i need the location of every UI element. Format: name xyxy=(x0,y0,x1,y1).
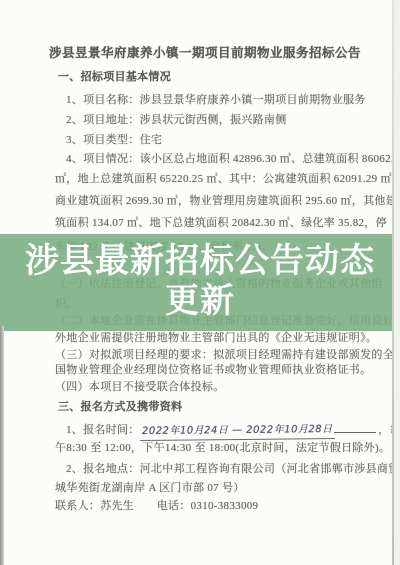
document-title: 涉县昱景华府康养小镇一期项目前期物业服务招标公告 xyxy=(40,46,370,60)
doc-line-project-address: 2、项目地址：涉县状元街西侧，振兴路南侧 xyxy=(66,113,360,127)
signup-time-blank-underline xyxy=(334,422,376,433)
doc-line-qualification-3b: 国物业管理企业经理岗位资格证书或物业管理师执业资格证书。 xyxy=(55,363,360,377)
doc-line-project-type: 3、项目类型：住宅 xyxy=(66,133,360,147)
scanned-tender-document-photo: 涉县昱景华府康养小镇一期项目前期物业服务招标公告 一、招标项目基本情况 1、项目… xyxy=(0,0,400,565)
doc-line-qualification-4: （四）本项目不接受联合体投标。 xyxy=(55,380,360,394)
signup-time-handwritten-dates: 2022年10月24日 — 2022年10月28日 xyxy=(140,423,335,441)
section1-heading: 一、招标项目基本情况 xyxy=(58,70,360,84)
signup-time-continued: 午8:30 至 12:00，下午14:30 至 18:00(北京时间，法定节假日… xyxy=(55,441,360,455)
page-left-edge-shadow xyxy=(0,326,4,565)
doc-line-project-name: 1、项目名称：涉县昱景华府康养小镇一期项目前期物业服务 xyxy=(66,93,360,107)
promo-overlay-banner: 涉县最新招标公告动态 更新 xyxy=(0,234,400,331)
doc-line-qualification-2b: 外地企业需提供注册地物业主管部门出具的《企业无违规证明》。 xyxy=(55,331,360,345)
promo-overlay-text-line1: 涉县最新招标公告动态 xyxy=(25,241,375,281)
signup-location-line-2: 城华苑街龙湖南岸 A 区门市部 07 号） xyxy=(55,481,360,495)
doc-line-project-info-4: 筑面积 134.07 ㎡、地下总建筑面积 20842.30 ㎡、绿化率 35.8… xyxy=(55,216,360,230)
contact-line: 联系人：苏先生 电话：0310-3833009 xyxy=(55,499,360,513)
page-right-edge-line xyxy=(392,0,394,565)
section3-heading: 三、报名方式及携带资料 xyxy=(58,400,360,414)
doc-line-project-info-3: 商业建筑面积 2699.30 ㎡，物业管理用房建筑面积 295.60 ㎡，其他建 xyxy=(55,194,360,208)
photo-right-margin xyxy=(394,0,400,565)
signup-time-line: 1、报名时间：2022年10月24日 — 2022年10月28日，每天上 xyxy=(66,422,360,440)
signup-location-line-1: 2、报名地点：河北中邦工程咨询有限公司（河北省邯郸市涉县商贸 xyxy=(66,462,360,476)
signup-time-prefix: 1、报名时间： xyxy=(66,424,140,436)
promo-overlay-text-line2: 更新 xyxy=(165,281,235,321)
doc-line-project-info-2: ㎡，地上总建筑面积 65220.25 ㎡、其中：公寓建筑面积 62091.29 … xyxy=(55,172,360,186)
doc-line-qualification-3a: （三）对拟派项目经理的要求：拟派项目经理需持有建设部颁发的全 xyxy=(55,348,360,362)
doc-line-project-info-1: 4、项目情况：该小区总占地面积 42896.30 ㎡、总建筑面积 86062.5… xyxy=(66,152,360,166)
